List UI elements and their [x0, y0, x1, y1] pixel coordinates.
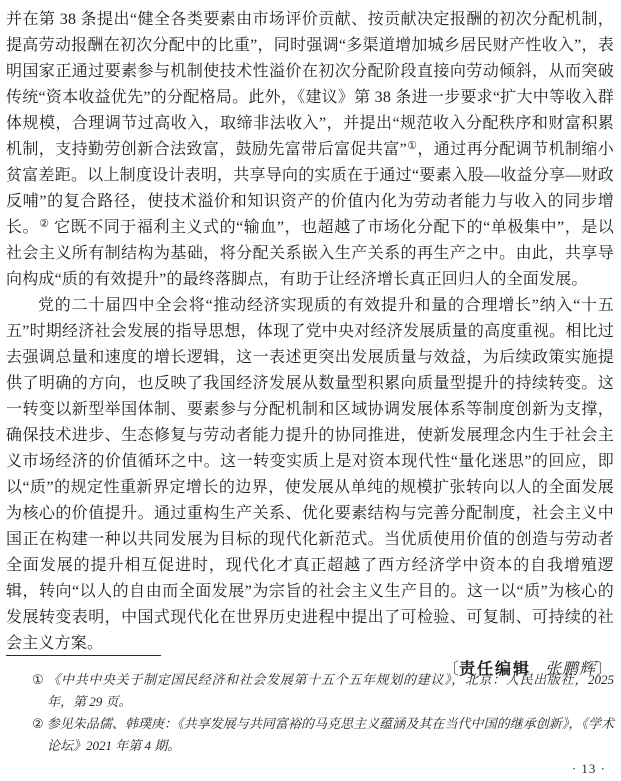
footnote-list: ①《中共中央关于制定国民经济和社会发展第十五个五年规划的建议》，北京：人民出版社… [6, 669, 614, 757]
footnote-item-1: ①《中共中央关于制定国民经济和社会发展第十五个五年规划的建议》，北京：人民出版社… [6, 669, 614, 713]
paragraph-2: 党的二十届四中全会将“推动经济实现质的有效提升和量的合理增长”纳入“十五五”时期… [6, 293, 614, 657]
footnote-text-2: 参见朱品儒、韩璞庚：《共享发展与共同富裕的马克思主义蕴涵及其在当代中国的继承创新… [47, 716, 614, 753]
article-body: 并在第 38 条提出“健全各类要素由市场评价贡献、按贡献决定报酬的初次分配机制，… [6, 7, 614, 657]
footnote-text-1: 《中共中央关于制定国民经济和社会发展第十五个五年规划的建议》，北京：人民出版社，… [47, 672, 614, 709]
footnote-marker-2: ② [32, 716, 44, 731]
footnote-marker-1: ① [32, 672, 44, 687]
footnote-separator [6, 655, 161, 656]
page-number: · 13 · [6, 760, 614, 778]
paragraph-1: 并在第 38 条提出“健全各类要素由市场评价贡献、按贡献决定报酬的初次分配机制，… [6, 7, 614, 293]
page-footer: ①《中共中央关于制定国民经济和社会发展第十五个五年规划的建议》，北京：人民出版社… [6, 655, 614, 778]
paper-page: 并在第 38 条提出“健全各类要素由市场评价贡献、按贡献决定报酬的初次分配机制，… [0, 0, 621, 781]
footnote-item-2: ②参见朱品儒、韩璞庚：《共享发展与共同富裕的马克思主义蕴涵及其在当代中国的继承创… [6, 713, 614, 757]
